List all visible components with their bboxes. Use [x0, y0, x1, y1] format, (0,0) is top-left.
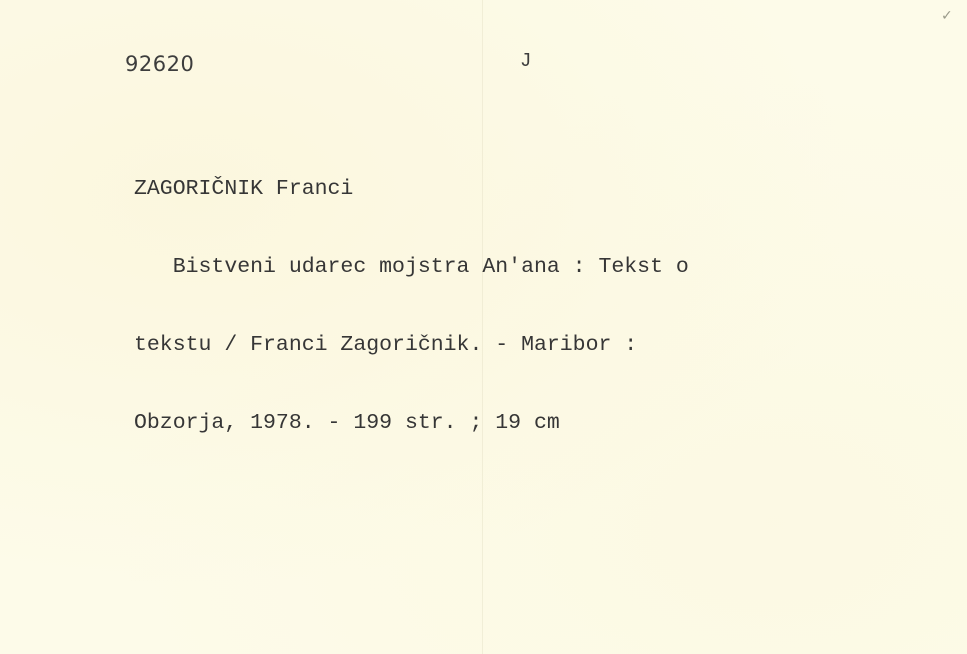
author-heading: ZAGORIČNIK Franci	[134, 176, 689, 202]
accession-number: 92620	[125, 52, 194, 76]
classification-mark: J	[520, 50, 531, 72]
publication-line: Obzorja, 1978. - 199 str. ; 19 cm	[134, 410, 689, 436]
title-line-2: tekstu / Franci Zagoričnik. - Maribor :	[134, 332, 689, 358]
bibliographic-entry: ZAGORIČNIK Franci Bistveni udarec mojstr…	[134, 124, 689, 488]
catalog-card: 92620 J ✓ ZAGORIČNIK Franci Bistveni uda…	[0, 0, 967, 654]
check-mark-icon: ✓	[941, 8, 953, 24]
title-line-1: Bistveni udarec mojstra An'ana : Tekst o	[134, 254, 689, 280]
